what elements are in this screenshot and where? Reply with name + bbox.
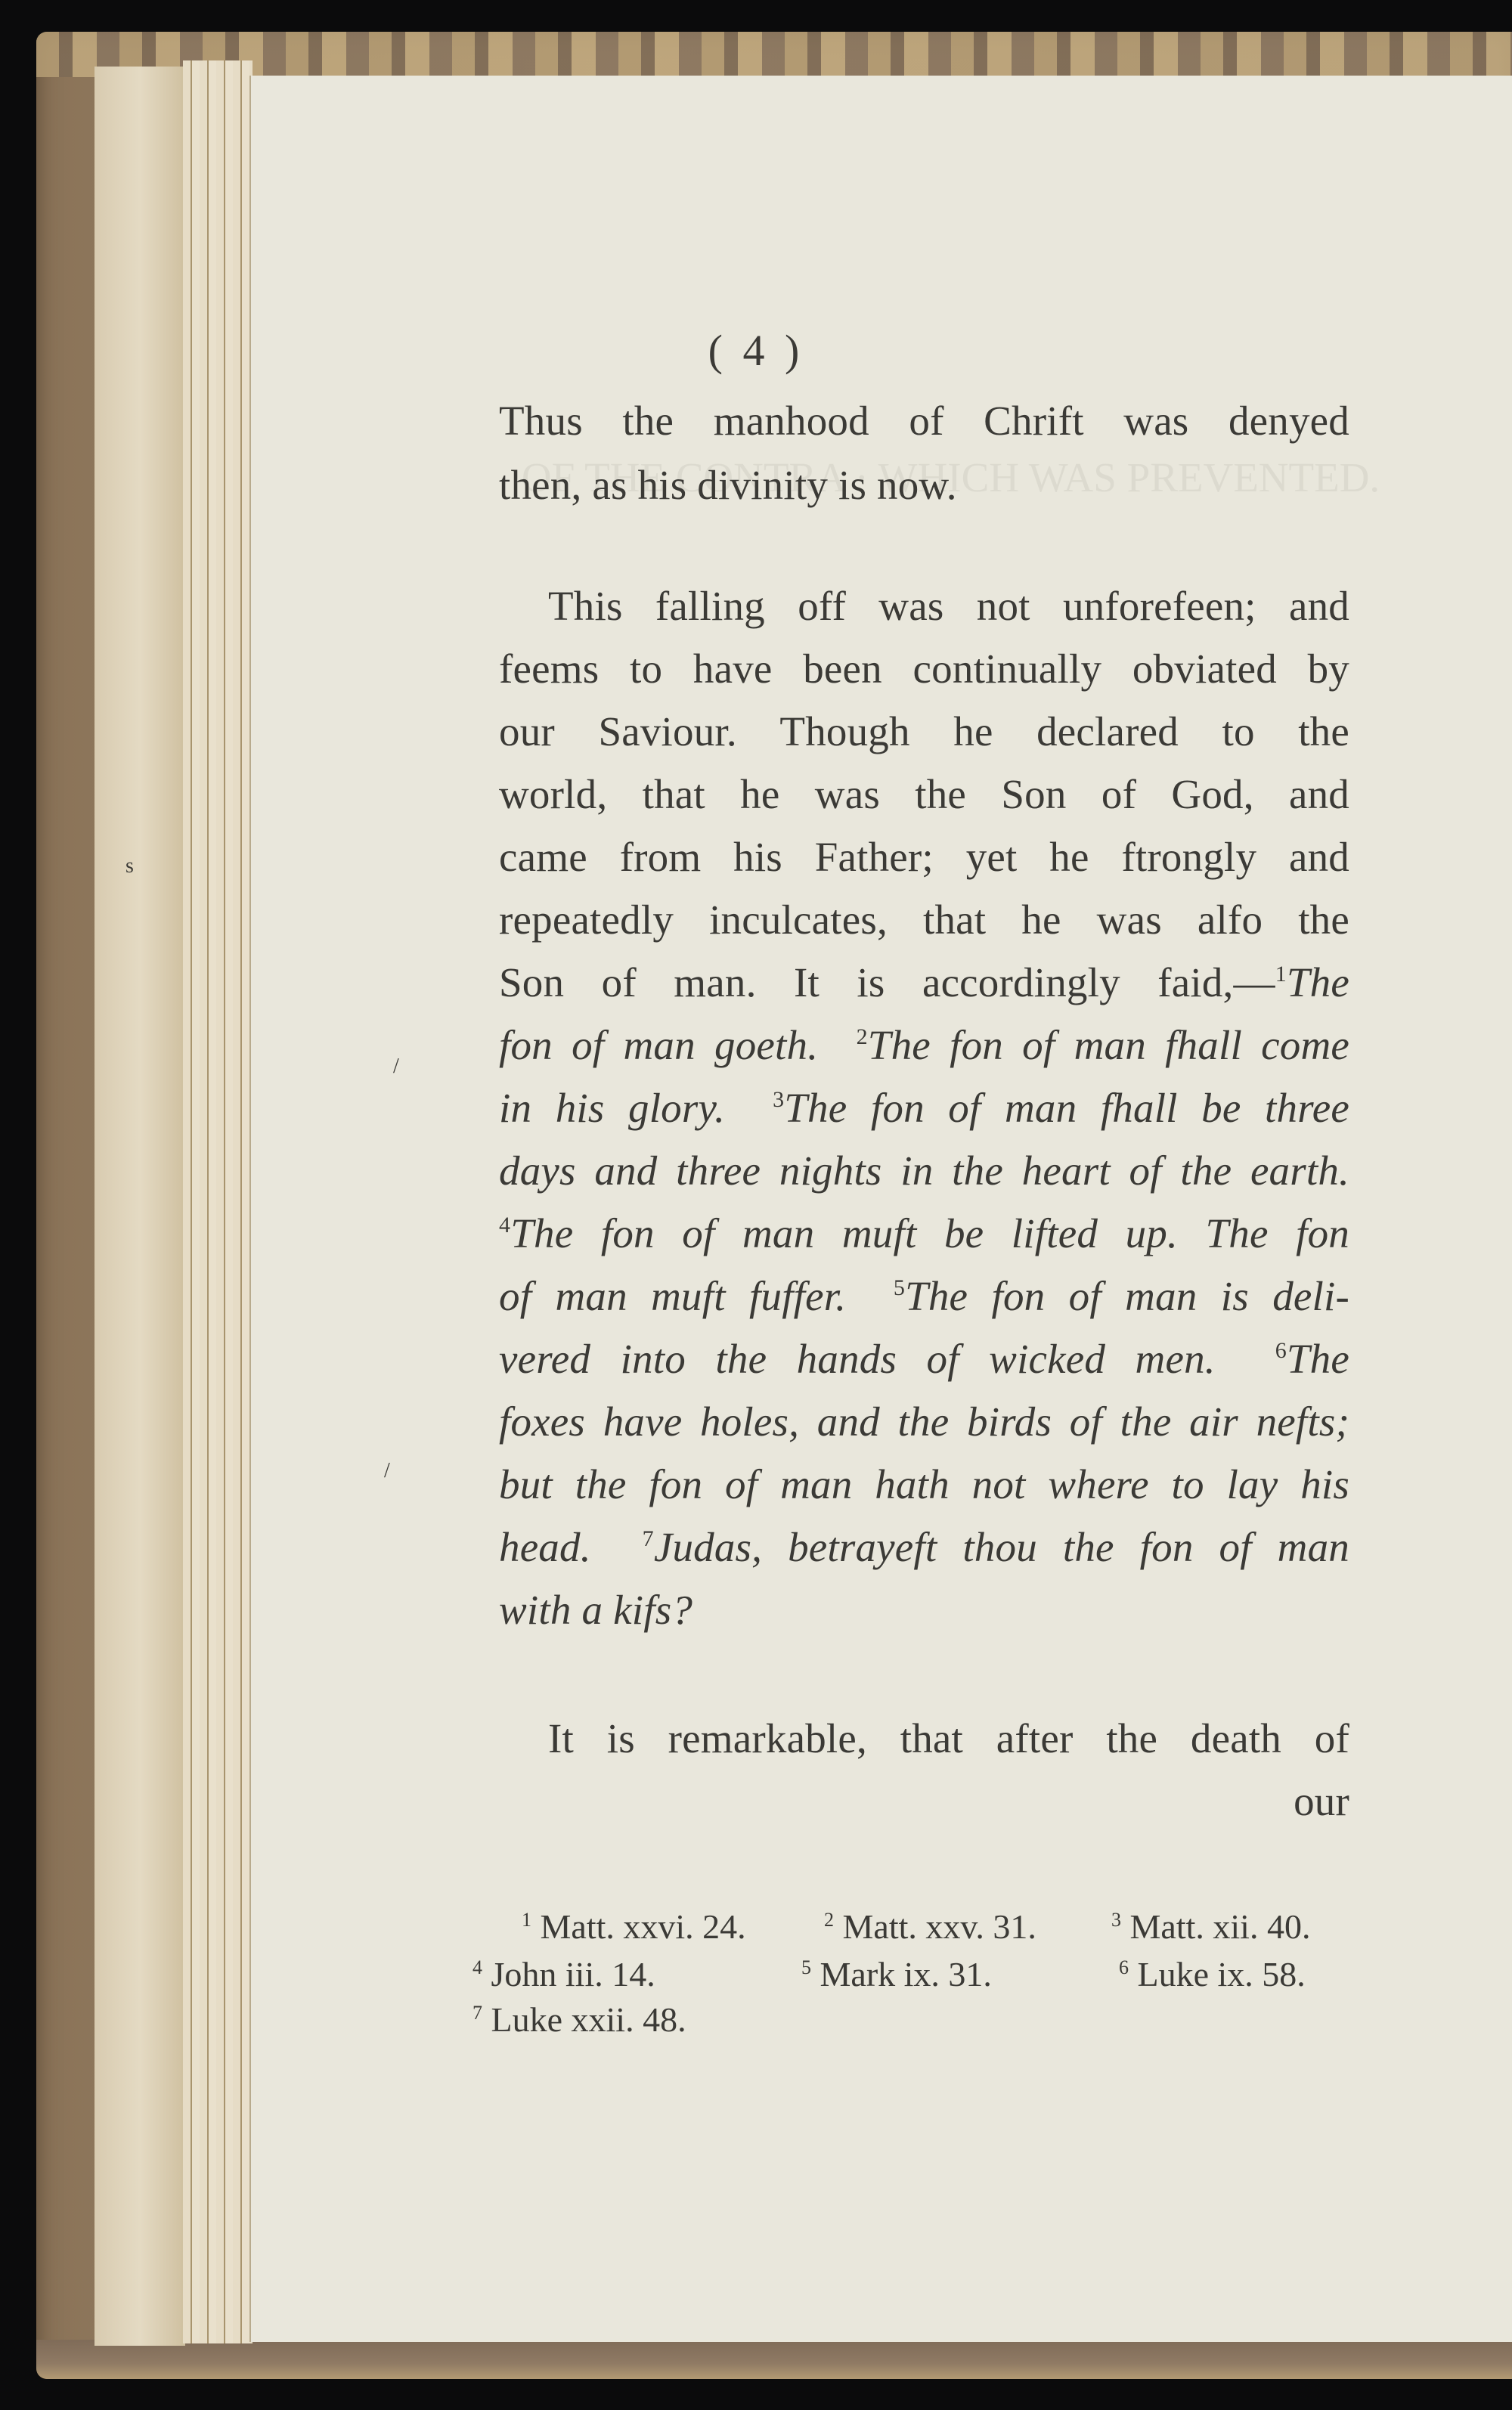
text-line: then, as his divinity is now. [499, 461, 1349, 509]
text-line-italic: vered into the hands of wicked men. 6The [499, 1335, 1349, 1383]
flyleaf [94, 67, 185, 2346]
footnote: 1 Matt. xxvi. 24. [522, 1907, 746, 1947]
footnote: 7 Luke xxii. 48. [472, 2000, 686, 2040]
footnote-number: 6 [1119, 1956, 1129, 1978]
catchword: our [499, 1777, 1349, 1825]
footnote-ref: Matt. xii. 40. [1130, 1907, 1311, 1946]
footnote-number: 7 [472, 2002, 482, 2024]
footnote-marker: 7 [643, 1526, 654, 1551]
page-number: ( 4 ) [0, 325, 1512, 376]
footnote-marker: 4 [499, 1213, 510, 1238]
footnote-marker: 1 [1275, 962, 1287, 987]
margin-mark: / [393, 1055, 399, 1079]
quote-text: of man muft fuffer. [499, 1273, 846, 1319]
footnote-ref: John iii. 14. [491, 1955, 655, 1993]
text-line-italic: of man muft fuffer. 5The fon of man is d… [499, 1272, 1349, 1320]
text-line-italic: 4The fon of man muft be lifted up. The f… [499, 1210, 1349, 1257]
text-line-italic: head. 7Judas, betrayeft thou the fon of … [499, 1523, 1349, 1571]
footnote-marker: 5 [894, 1275, 905, 1300]
text-line: It is remarkable, that after the death o… [548, 1715, 1349, 1762]
quote-text: fon of man goeth. [499, 1022, 818, 1068]
footnote-number: 4 [472, 1956, 482, 1978]
text-line-italic: fon of man goeth. 2The fon of man fhall … [499, 1021, 1349, 1069]
text-line-italic: in his glory. 3The fon of man fhall be t… [499, 1084, 1349, 1132]
text-line-italic: days and three nights in the heart of th… [499, 1147, 1349, 1194]
cover-top-edge [36, 32, 1512, 77]
footnote-ref: Luke ix. 58. [1138, 1955, 1306, 1993]
text-line: repeatedly inculcates, that he was alfo … [499, 896, 1349, 943]
margin-mark: / [384, 1459, 390, 1483]
footnote-number: 3 [1111, 1909, 1121, 1931]
text-line: feems to have been continually obviated … [499, 645, 1349, 692]
footnote-number: 2 [824, 1909, 834, 1931]
quote-text: The fon of man fhall come [868, 1022, 1349, 1068]
footnote: 5 Mark ix. 31. [801, 1954, 992, 1994]
footnote: 4 John iii. 14. [472, 1954, 655, 1994]
margin-mark: s [125, 854, 134, 878]
text-line: Thus the manhood of Chrift was denyed [499, 397, 1349, 445]
quote-text: vered into the hands of wicked men. [499, 1336, 1216, 1382]
text-line: This falling off was not unforefeen; and [548, 582, 1349, 630]
footnote-marker: 3 [773, 1087, 784, 1112]
quote-text: The [1287, 1336, 1349, 1382]
text-line: our Saviour. Though he declared to the [499, 708, 1349, 755]
footnote-number: 1 [522, 1909, 531, 1931]
footnote-ref: Matt. xxvi. 24. [541, 1907, 746, 1946]
footnote: 3 Matt. xii. 40. [1111, 1907, 1310, 1947]
footnote: 6 Luke ix. 58. [1119, 1954, 1306, 1994]
text-line-italic: foxes have holes, and the birds of the a… [499, 1398, 1349, 1445]
footnote-marker: 2 [857, 1024, 868, 1049]
footnote-ref: Mark ix. 31. [820, 1955, 992, 1993]
quote-text: The fon of man muft be lifted up. The fo… [510, 1210, 1349, 1256]
footnote: 2 Matt. xxv. 31. [824, 1907, 1036, 1947]
footnote-ref: Luke xxii. 48. [491, 2000, 686, 2039]
text-line-italic: with a kifs? [499, 1586, 1349, 1634]
text-line: came from his Father; yet he ftrongly an… [499, 833, 1349, 881]
quote-text: head. [499, 1524, 591, 1570]
footnote-ref: Matt. xxv. 31. [843, 1907, 1036, 1946]
quote-text: The fon of man fhall be three [784, 1085, 1349, 1131]
quote-text: The fon of man is deli- [905, 1273, 1349, 1319]
quote-text: Judas, betrayeft thou the fon of man [654, 1524, 1349, 1570]
cover-bottom-edge [36, 2340, 1512, 2379]
footnote-marker: 6 [1275, 1338, 1287, 1363]
text-line-italic: but the fon of man hath not where to lay… [499, 1461, 1349, 1508]
quote-text: in his glory. [499, 1085, 725, 1131]
text-line: world, that he was the Son of God, and [499, 770, 1349, 818]
text-line-mixed: Son of man. It is accordingly faid,—1The [499, 959, 1349, 1006]
text-italic: The [1287, 959, 1349, 1005]
text-roman: Son of man. It is accordingly faid,— [499, 959, 1275, 1005]
footnote-number: 5 [801, 1956, 811, 1978]
page-edges [183, 60, 253, 2343]
